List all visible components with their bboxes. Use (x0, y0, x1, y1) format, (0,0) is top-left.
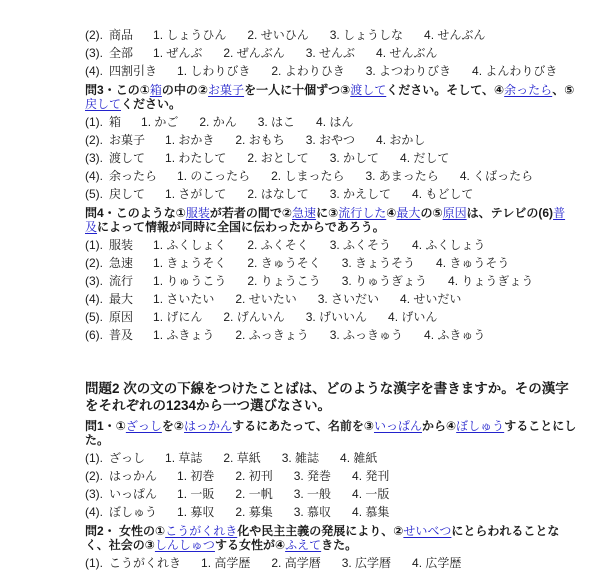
answer-option: 4. ふくしょう (412, 238, 485, 252)
answer-option: 3. かえして (330, 187, 391, 201)
answer-option: 4. よんわりびき (472, 64, 557, 78)
answer-option: 3. かして (330, 151, 379, 165)
target-word: ざっし (109, 451, 145, 465)
answer-option: 2. ぜんぶん (223, 46, 284, 60)
prompt-text: の中の② (162, 83, 208, 97)
item-number: (2). (85, 28, 103, 42)
answer-option: 3. はこ (258, 115, 295, 129)
answer-option: 3. りゅうぎょう (342, 274, 427, 288)
target-word: 流行 (109, 274, 133, 288)
underlined-term: しんしゅつ (155, 538, 215, 552)
answer-option: 3. 発巻 (294, 469, 331, 483)
answer-option: 3. 慕収 (294, 505, 331, 519)
answer-row: (2).はっかん1. 初巻2. 初刊3. 発巻4. 発刊 (85, 467, 576, 485)
answer-row: (3).流行1. りゅうこう2. りょうこう3. りゅうぎょう4. りょうぎょう (85, 272, 576, 290)
underlined-term: 服装 (186, 206, 210, 220)
answer-option: 1. のこったら (177, 169, 250, 183)
answer-row: (2).急速1. きょうそく2. きゅうそく3. きょうそう4. きゅうそう (85, 254, 576, 272)
answer-option: 2. 募集 (235, 505, 272, 519)
prompt-text: に③ (316, 206, 338, 220)
answer-row: (3).いっぱん1. 一販2. 一帆3. 一般4. 一版 (85, 485, 576, 503)
answer-option: 2. はなして (247, 187, 308, 201)
answer-option: 2. 一帆 (235, 487, 272, 501)
answer-row: (4).最大1. さいたい2. せいたい3. さいだい4. せいだい (85, 290, 576, 308)
document-page: (2).商品1. しょうひん2. せいひん3. しょうしな4. せんぶん(3).… (0, 0, 601, 585)
answer-option: 1. さがして (165, 187, 226, 201)
answer-option: 2. しまったら (271, 169, 344, 183)
item-number: (5). (85, 310, 103, 324)
answer-option: 3. せんぶ (306, 46, 355, 60)
underlined-term: 流行した (338, 206, 386, 220)
answer-option: 1. ぜんぶ (153, 46, 202, 60)
answer-option: 1. ふきょう (153, 328, 214, 342)
item-number: (3). (85, 46, 103, 60)
underlined-term: 急速 (292, 206, 316, 220)
answer-option: 3. げいいん (306, 310, 367, 324)
underlined-term: 原因 (443, 206, 467, 220)
answer-option: 3. きょうそう (342, 256, 415, 270)
item-number: (3). (85, 274, 103, 288)
question-label: 問1・ (85, 419, 116, 433)
underlined-term: 最大 (396, 206, 420, 220)
answer-option: 1. 初巻 (177, 469, 214, 483)
answer-option: 2. げんいん (223, 310, 284, 324)
answer-option: 4. 慕集 (352, 505, 389, 519)
target-word: 四割引き (109, 64, 157, 78)
item-number: (6). (85, 328, 103, 342)
answer-row: (6).普及1. ふきょう2. ふっきょう3. ふっきゅう4. ふきゅう (85, 326, 576, 344)
item-number: (3). (85, 487, 103, 501)
prompt-text: ④ (386, 206, 396, 220)
answer-option: 4. りょうぎょう (448, 274, 533, 288)
section-header: 問題2 次の文の下線をつけたことばは、どのような漢字を書きますか。その漢字をそれ… (85, 380, 577, 414)
answer-option: 2. きゅうそく (247, 256, 320, 270)
answer-option: 1. りゅうこう (153, 274, 226, 288)
answer-option: 3. あまったら (365, 169, 438, 183)
answer-option: 4. げいん (388, 310, 437, 324)
item-number: (4). (85, 505, 103, 519)
answer-option: 3. ふっきゅう (330, 328, 403, 342)
answer-option: 1. ふくしょく (153, 238, 226, 252)
target-word: お菓子 (109, 133, 145, 147)
answer-option: 4. おかし (376, 133, 425, 147)
item-number: (4). (85, 292, 103, 306)
answer-option: 3. 一般 (294, 487, 331, 501)
item-number: (2). (85, 256, 103, 270)
item-number: (2). (85, 133, 103, 147)
underlined-term: こうがくれき (165, 524, 237, 538)
target-word: 渡して (109, 151, 145, 165)
answer-row: (4).四割引き1. しわりびき2. よわりひき3. よつわりびき4. よんわり… (85, 62, 576, 80)
item-number: (1). (85, 556, 103, 570)
question-prompt: 問3・この①箱の中の②お菓子を一人に十個ずつ③渡してください。そして、④余ったら… (85, 83, 577, 111)
answer-option: 1. しょうひん (153, 28, 226, 42)
answer-option: 4. もどして (412, 187, 473, 201)
answer-option: 4. せんぶん (376, 46, 437, 60)
answer-option: 2. おとして (247, 151, 308, 165)
answer-option: 1. げにん (153, 310, 202, 324)
item-number: (4). (85, 64, 103, 78)
answer-option: 2. よわりひき (271, 64, 344, 78)
answer-option: 2. 初刊 (235, 469, 272, 483)
answer-option: 3. 広学暦 (342, 556, 391, 570)
answer-row: (4).ぼしゅう1. 募収2. 募集3. 慕収4. 慕集 (85, 503, 576, 521)
answer-row: (1).服装1. ふくしょく2. ふくそく3. ふくそう4. ふくしょう (85, 236, 576, 254)
target-word: 全部 (109, 46, 133, 60)
answer-option: 4. はん (316, 115, 353, 129)
answer-option: 1. しわりびき (177, 64, 250, 78)
answer-option: 1. 草誌 (165, 451, 202, 465)
item-number: (4). (85, 169, 103, 183)
answer-option: 3. 雑誌 (282, 451, 319, 465)
answer-option: 1. 一販 (177, 487, 214, 501)
prompt-text: は、テレビの(6) (467, 206, 553, 220)
answer-option: 4. 発刊 (352, 469, 389, 483)
question-label: 問4・ (85, 206, 116, 220)
answer-option: 4. 一版 (352, 487, 389, 501)
item-number: (1). (85, 451, 103, 465)
answer-option: 1. おかき (165, 133, 214, 147)
target-word: はっかん (109, 469, 157, 483)
answer-option: 2. ふっきょう (235, 328, 308, 342)
prompt-text: きた。 (321, 538, 357, 552)
underlined-term: ふえて (285, 538, 321, 552)
answer-row: (3).全部1. ぜんぶ2. ぜんぶん3. せんぶ4. せんぶん (85, 44, 576, 62)
answer-option: 4. ふきゅう (424, 328, 485, 342)
prompt-text: この① (116, 83, 150, 97)
target-word: 原因 (109, 310, 133, 324)
target-word: 商品 (109, 28, 133, 42)
answer-row: (2).商品1. しょうひん2. せいひん3. しょうしな4. せんぶん (85, 26, 576, 44)
question-prompt: 問2・ 女性の①こうがくれき化や民主主義の発展により、②せいべつにとらわれること… (85, 524, 577, 552)
answer-option: 3. よつわりびき (366, 64, 451, 78)
answer-row: (1).箱1. かご2. かん3. はこ4. はん (85, 113, 576, 131)
answer-option: 3. ふくそう (330, 238, 391, 252)
answer-option: 4. せいだい (400, 292, 461, 306)
prompt-text: ① (116, 419, 126, 433)
prompt-text: を② (162, 419, 184, 433)
underlined-term: 箱 (150, 83, 162, 97)
answer-option: 4. 雑紙 (340, 451, 377, 465)
underlined-term: 渡して (350, 83, 386, 97)
prompt-text: によって情報が同時に全国に伝わったからであろう。 (97, 220, 385, 234)
question-prompt: 問4・このような①服装が若者の間で②急速に③流行した④最大の⑤原因は、テレビの(… (85, 206, 577, 234)
answer-option: 2. りょうこう (247, 274, 320, 288)
prompt-text: 、⑤ (552, 83, 574, 97)
prompt-text: する女性が④ (215, 538, 285, 552)
item-number: (1). (85, 238, 103, 252)
answer-option: 4. 広学歴 (412, 556, 461, 570)
item-number: (5). (85, 187, 103, 201)
target-word: こうがくれき (109, 556, 181, 570)
answer-row: (2).お菓子1. おかき2. おもち3. おやつ4. おかし (85, 131, 576, 149)
answer-option: 2. 高学暦 (271, 556, 320, 570)
answer-option: 1. 高学歴 (201, 556, 250, 570)
answer-option: 4. せんぶん (424, 28, 485, 42)
answer-option: 4. きゅうそう (436, 256, 509, 270)
answer-option: 3. しょうしな (330, 28, 403, 42)
answer-option: 2. せいひん (247, 28, 308, 42)
underlined-term: ぼしゅう (456, 419, 504, 433)
underlined-term: はっかん (184, 419, 232, 433)
target-word: 箱 (109, 115, 121, 129)
target-word: いっぱん (109, 487, 157, 501)
answer-option: 1. わたして (165, 151, 226, 165)
answer-row: (4).余ったら1. のこったら2. しまったら3. あまったら4. くばったら (85, 167, 576, 185)
answer-option: 3. さいだい (318, 292, 379, 306)
question-label: 問2・ (85, 524, 116, 538)
answer-option: 2. ふくそく (247, 238, 308, 252)
prompt-text: から④ (422, 419, 456, 433)
answer-option: 4. だして (400, 151, 449, 165)
answer-row: (5).原因1. げにん2. げんいん3. げいいん4. げいん (85, 308, 576, 326)
answer-option: 2. せいたい (235, 292, 296, 306)
question-prompt: 問1・①ざっしを②はっかんするにあたって、名前を③いっぱんから④ぼしゅうすること… (85, 419, 577, 447)
prompt-text: が若者の間で② (210, 206, 292, 220)
answer-option: 2. 草紙 (223, 451, 260, 465)
item-number: (1). (85, 115, 103, 129)
answer-option: 1. 募収 (177, 505, 214, 519)
prompt-text: を一人に十個ずつ③ (244, 83, 350, 97)
answer-row: (1).こうがくれき1. 高学歴2. 高学暦3. 広学暦4. 広学歴 (85, 554, 576, 572)
answer-row: (3).渡して1. わたして2. おとして3. かして4. だして (85, 149, 576, 167)
prompt-text: ください。 (121, 97, 181, 111)
target-word: 服装 (109, 238, 133, 252)
answer-option: 1. きょうそく (153, 256, 226, 270)
question-label: 問3・ (85, 83, 116, 97)
item-number: (3). (85, 151, 103, 165)
answer-option: 1. かご (141, 115, 178, 129)
underlined-term: ざっし (126, 419, 162, 433)
answer-row: (5).戻して1. さがして2. はなして3. かえして4. もどして (85, 185, 576, 203)
item-number: (2). (85, 469, 103, 483)
answer-option: 3. おやつ (306, 133, 355, 147)
answer-option: 1. さいたい (153, 292, 214, 306)
prompt-text: ください。そして、④ (386, 83, 504, 97)
target-word: ぼしゅう (109, 505, 157, 519)
underlined-term: 戻して (85, 97, 121, 111)
underlined-term: お菓子 (208, 83, 244, 97)
prompt-text: 女性の① (116, 524, 166, 538)
underlined-term: いっぱん (374, 419, 422, 433)
underlined-term: 余ったら (504, 83, 552, 97)
answer-option: 4. くばったら (460, 169, 533, 183)
answer-option: 2. おもち (235, 133, 284, 147)
target-word: 余ったら (109, 169, 157, 183)
underlined-term: せいべつ (403, 524, 451, 538)
target-word: 急速 (109, 256, 133, 270)
answer-option: 2. かん (199, 115, 236, 129)
prompt-text: の⑤ (420, 206, 442, 220)
answer-row: (1).ざっし1. 草誌2. 草紙3. 雑誌4. 雑紙 (85, 449, 576, 467)
target-word: 普及 (109, 328, 133, 342)
target-word: 戻して (109, 187, 145, 201)
prompt-text: 化や民主主義の発展により、② (237, 524, 403, 538)
prompt-text: するにあたって、名前を③ (232, 419, 374, 433)
target-word: 最大 (109, 292, 133, 306)
prompt-text: このような① (116, 206, 186, 220)
